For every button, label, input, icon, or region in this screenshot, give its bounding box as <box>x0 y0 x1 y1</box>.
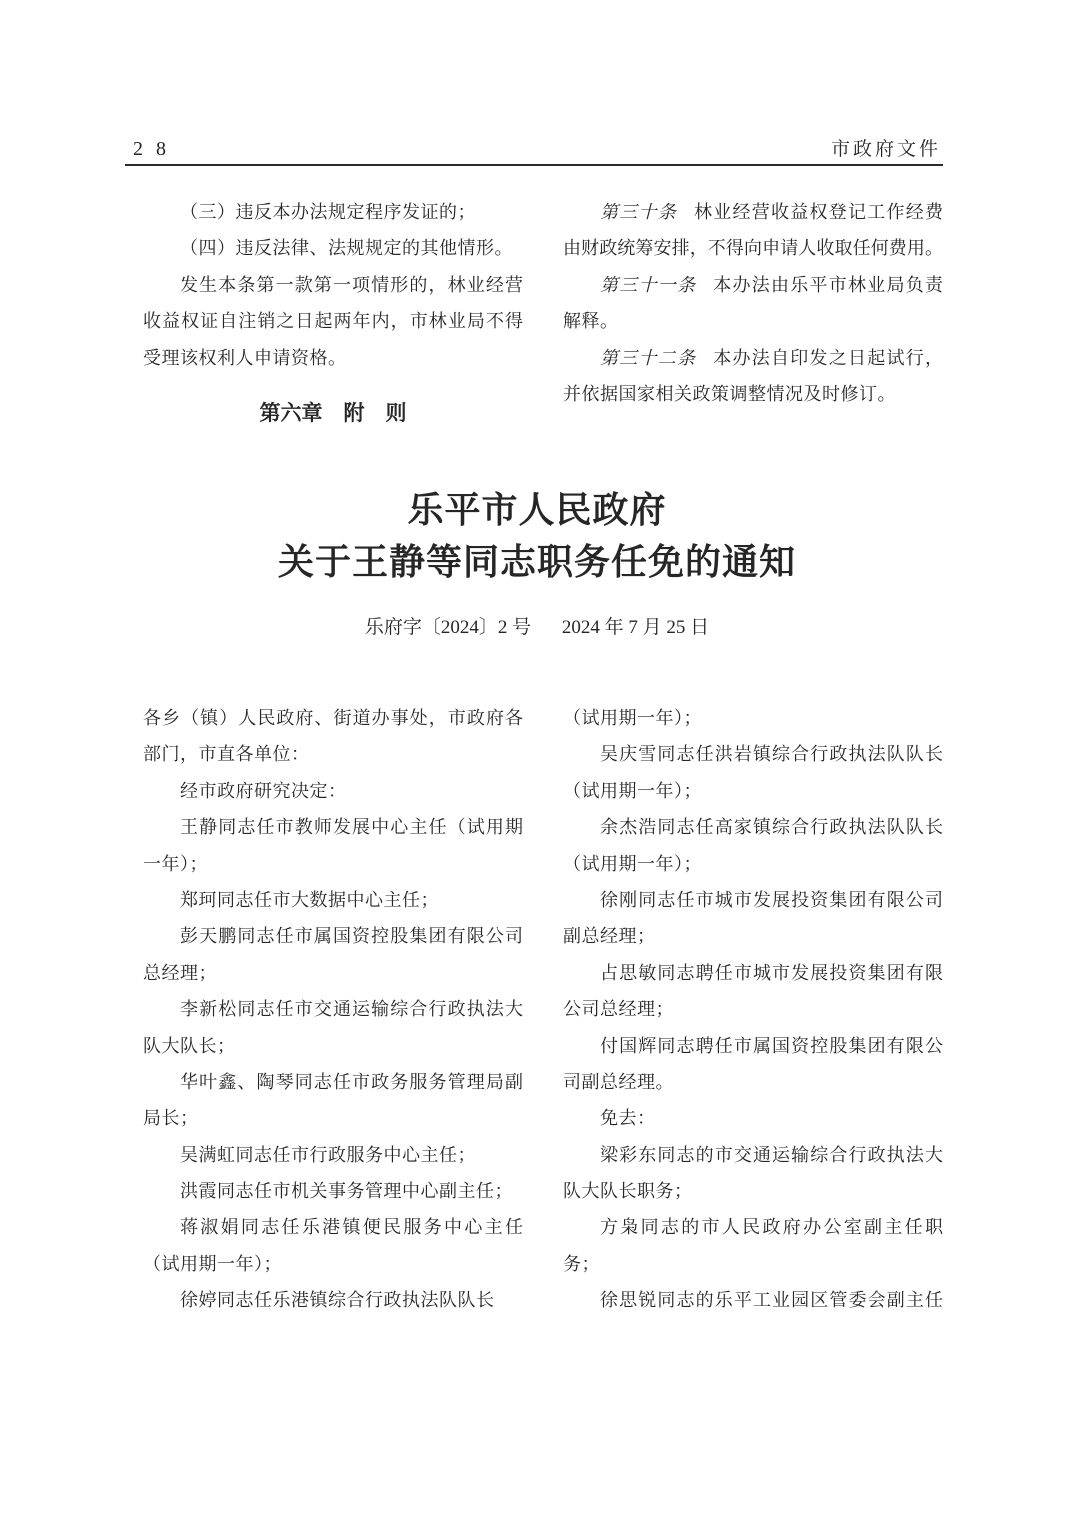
text-line: 第三十二条本办法自印发之日起试行， <box>563 340 943 376</box>
text-line: 经市政府研究决定： <box>143 773 523 809</box>
text-line: 免去： <box>563 1100 943 1136</box>
text-line: 付国辉同志聘任市属国资控股集团有限公 <box>563 1028 943 1064</box>
text-line: 徐刚同志任市城市发展投资集团有限公司 <box>563 882 943 918</box>
chapter-heading: 第六章 附 则 <box>143 396 523 432</box>
doc-number: 乐府字〔2024〕2 号 <box>365 617 531 638</box>
text-line: 各乡（镇）人民政府、街道办事处，市政府各 <box>143 700 523 736</box>
text-line: 部门，市直各单位： <box>143 736 523 772</box>
text-line: 总经理； <box>143 955 523 991</box>
article-number: 第三十一条 <box>600 275 696 295</box>
text-line: 吴庆雪同志任洪岩镇综合行政执法队队长 <box>563 736 943 772</box>
text-line: 由财政统筹安排，不得向申请人收取任何费用。 <box>563 230 943 266</box>
notice-title-line1: 乐平市人民政府 <box>137 484 937 536</box>
text-line: 第三十条林业经营收益权登记工作经费 <box>563 194 943 230</box>
body-right-column: （试用期一年）； 吴庆雪同志任洪岩镇综合行政执法队队长 （试用期一年）； 余杰浩… <box>563 700 943 1319</box>
text-line: 方枭同志的市人民政府办公室副主任职 <box>563 1209 943 1245</box>
article-text: 林业经营收益权登记工作经费 <box>694 202 943 222</box>
text-line: 彭天鹏同志任市属国资控股集团有限公司 <box>143 918 523 954</box>
text-line: 务； <box>563 1246 943 1282</box>
text-line: （三）违反本办法规定程序发证的； <box>143 194 523 230</box>
page-header: 2 8 市政府文件 <box>125 124 943 166</box>
text-line: 受理该权利人申请资格。 <box>143 340 523 376</box>
text-line: 解释。 <box>563 303 943 339</box>
text-line: 郑珂同志任市大数据中心主任； <box>143 882 523 918</box>
text-line: 蒋淑娟同志任乐港镇便民服务中心主任 <box>143 1209 523 1245</box>
prev-doc-right-column: 第三十条林业经营收益权登记工作经费 由财政统筹安排，不得向申请人收取任何费用。 … <box>563 194 943 412</box>
prev-doc-left-column: （三）违反本办法规定程序发证的； （四）违反法律、法规规定的其他情形。 发生本条… <box>143 194 523 432</box>
text-line: 公司总经理； <box>563 991 943 1027</box>
text-line: 第三十一条本办法由乐平市林业局负责 <box>563 267 943 303</box>
text-line: 队大队长职务； <box>563 1173 943 1209</box>
text-line: 洪霞同志任市机关事务管理中心副主任； <box>143 1173 523 1209</box>
text-line: （试用期一年）； <box>563 846 943 882</box>
text-line: 梁彩东同志的市交通运输综合行政执法大 <box>563 1137 943 1173</box>
text-line: （四）违反法律、法规规定的其他情形。 <box>143 230 523 266</box>
text-line: 队大队长； <box>143 1028 523 1064</box>
notice-title: 乐平市人民政府 关于王静等同志职务任免的通知 <box>137 484 937 588</box>
text-line: （试用期一年）； <box>563 700 943 736</box>
text-line: 收益权证自注销之日起两年内，市林业局不得 <box>143 303 523 339</box>
body-left-column: 各乡（镇）人民政府、街道办事处，市政府各 部门，市直各单位： 经市政府研究决定：… <box>143 700 523 1319</box>
text-line: （试用期一年）； <box>143 1246 523 1282</box>
text-line: 李新松同志任市交通运输综合行政执法大 <box>143 991 523 1027</box>
text-line: 王静同志任市教师发展中心主任（试用期 <box>143 809 523 845</box>
page-number: 2 8 <box>133 138 170 161</box>
article-number: 第三十二条 <box>600 348 696 368</box>
article-text: 本办法由乐平市林业局负责 <box>713 275 943 295</box>
text-line: 余杰浩同志任高家镇综合行政执法队队长 <box>563 809 943 845</box>
header-label: 市政府文件 <box>831 134 941 161</box>
text-line: 吴满虹同志任市行政服务中心主任； <box>143 1137 523 1173</box>
doc-date: 2024 年 7 月 25 日 <box>562 617 709 638</box>
article-number: 第三十条 <box>600 202 677 222</box>
notice-title-line2: 关于王静等同志职务任免的通知 <box>137 536 937 588</box>
text-line: （试用期一年）； <box>563 773 943 809</box>
text-line: 华叶鑫、陶琴同志任市政务服务管理局副 <box>143 1064 523 1100</box>
text-line: 并依据国家相关政策调整情况及时修订。 <box>563 376 943 412</box>
text-line: 局长； <box>143 1100 523 1136</box>
text-line: 发生本条第一款第一项情形的，林业经营 <box>143 267 523 303</box>
notice-subtitle: 乐府字〔2024〕2 号 2024 年 7 月 25 日 <box>137 612 937 644</box>
text-line: 司副总经理。 <box>563 1064 943 1100</box>
text-line: 徐婷同志任乐港镇综合行政执法队队长 <box>143 1282 523 1318</box>
text-line: 一年）； <box>143 846 523 882</box>
text-line: 占思敏同志聘任市城市发展投资集团有限 <box>563 955 943 991</box>
text-line: 徐思锐同志的乐平工业园区管委会副主任 <box>563 1282 943 1318</box>
page-container: 2 8 市政府文件 （三）违反本办法规定程序发证的； （四）违反法律、法规规定的… <box>0 0 1074 1520</box>
article-text: 本办法自印发之日起试行， <box>713 348 943 368</box>
text-line: 副总经理； <box>563 918 943 954</box>
